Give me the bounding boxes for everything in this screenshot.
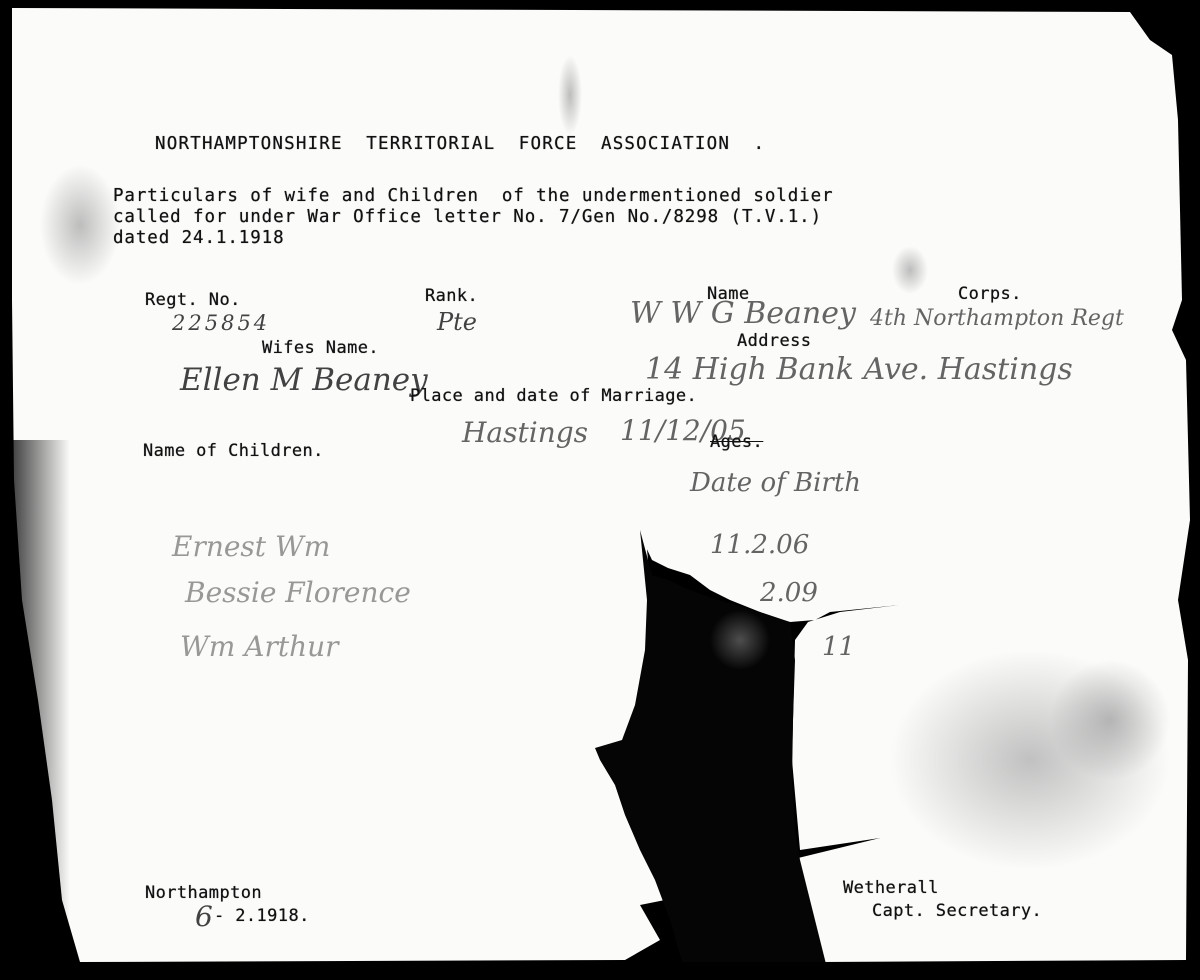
regt-no-value: 225854	[172, 311, 270, 335]
children-label: Name of Children.	[143, 441, 324, 461]
rank-label: Rank.	[425, 286, 478, 306]
date-of-birth-heading: Date of Birth	[690, 468, 861, 498]
signatory-name: Wetherall	[843, 878, 939, 898]
scanned-document: NORTHAMPTONSHIRE TERRITORIAL FORCE ASSOC…	[0, 0, 1200, 980]
child-3-name: Wm Arthur	[180, 630, 339, 663]
child-3-dob: 11	[822, 632, 855, 662]
signatory-title: Capt. Secretary.	[872, 901, 1042, 921]
regt-no-label: Regt. No.	[145, 290, 241, 310]
soldier-name-value: W W G Beaney	[630, 296, 856, 331]
child-2-name: Bessie Florence	[185, 576, 411, 609]
organisation-title: NORTHAMPTONSHIRE TERRITORIAL FORCE ASSOC…	[155, 134, 765, 154]
intro-line-1: Particulars of wife and Children of the …	[113, 186, 833, 206]
child-2-dob: 2.09	[760, 578, 818, 608]
footer-date-rest: - 2.1918.	[214, 906, 310, 926]
footer-date-day: 6	[195, 900, 213, 933]
child-1-name: Ernest Wm	[172, 530, 330, 563]
address-label: Address	[737, 331, 811, 351]
corps-value: 4th Northampton Regt	[870, 306, 1124, 331]
child-1-dob: 11.2.06	[710, 530, 809, 560]
rank-value: Pte	[437, 308, 477, 336]
marriage-place-value: Hastings	[462, 416, 588, 449]
marriage-label: Place and date of Marriage.	[410, 386, 697, 406]
ages-label: Ages.	[710, 432, 763, 452]
intro-line-3: dated 24.1.1918	[113, 228, 285, 248]
intro-line-2: called for under War Office letter No. 7…	[113, 207, 822, 227]
corps-label: Corps.	[958, 284, 1022, 304]
wifes-name-label: Wifes Name.	[262, 338, 379, 358]
address-value: 14 High Bank Ave. Hastings	[645, 352, 1073, 387]
wifes-name-value: Ellen M Beaney	[180, 362, 428, 398]
document-text-layer: NORTHAMPTONSHIRE TERRITORIAL FORCE ASSOC…	[0, 0, 1200, 980]
